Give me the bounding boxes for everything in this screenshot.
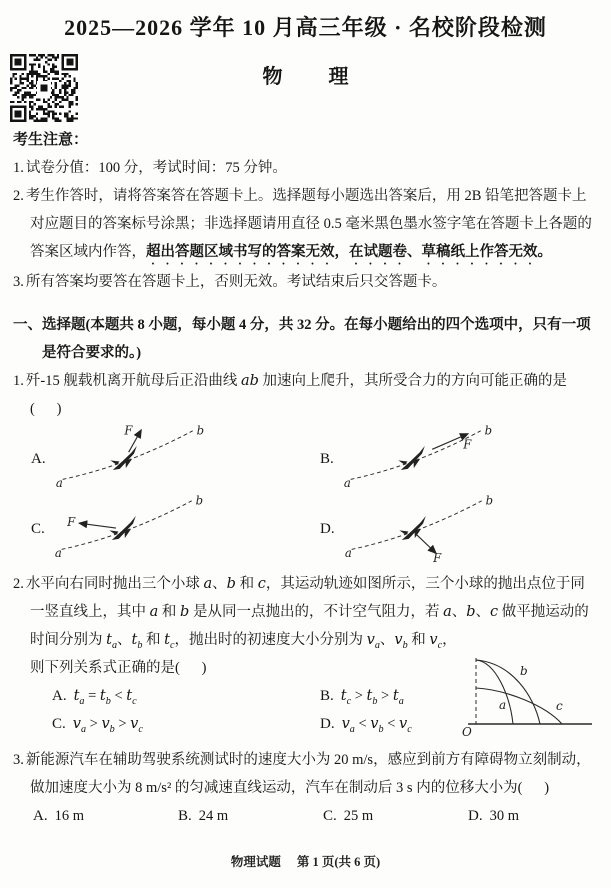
subject-title: 物理 [0, 64, 611, 90]
question-number: 2. [13, 576, 24, 592]
q1-option-c: C. a b F [31, 495, 320, 563]
q3-option-b: B.24 m [178, 802, 323, 830]
option-text: 25 m [344, 808, 373, 824]
fig-label-a: a [55, 546, 62, 560]
option-text: 30 m [490, 808, 519, 824]
plane-icon [396, 516, 432, 544]
page-footer: 物理试题第 1 页(共 6 页) [0, 848, 611, 876]
question-3: 3.新能源汽车在辅助驾驶系统测试时的速度大小为 20 m/s，感应到前方有障碍物… [13, 746, 598, 830]
option-label: C. [323, 808, 337, 824]
notice-item-emphasis: 超出答题区域书写的答案无效，在试题卷、草稿纸上作答无效。 [146, 244, 552, 260]
question-2: 2.水平向右同时抛出三个小球 a、b 和 c，其运动轨迹如图所示，三个小球的抛出… [13, 570, 598, 738]
fig-label-origin: O [462, 725, 472, 738]
fig-label-force: F [123, 425, 133, 438]
option-text: 24 m [199, 808, 228, 824]
trajectory-curve [351, 501, 481, 550]
fig-label-c: c [556, 699, 563, 713]
option-label: B. [178, 808, 192, 824]
option-expression: tc > tb > ta [341, 688, 404, 704]
notice-item-number: 2. [13, 188, 24, 204]
q1-figure-b: a b F [339, 425, 504, 493]
q2-option-a: A.ta = tb < tc [52, 682, 320, 710]
page-title: 2025—2026 学年 10 月高三年级 · 名校阶段检测 [10, 12, 601, 44]
q1-option-d: D. a b F [320, 495, 598, 563]
q2-figure: b a c O [456, 654, 596, 738]
q1-option-b: B. a b F [320, 425, 598, 493]
option-expression: ta = tb < tc [74, 688, 137, 704]
q1-option-a: A. a b F [31, 425, 320, 493]
question-text: 3.新能源汽车在辅助驾驶系统测试时的速度大小为 20 m/s，感应到前方有障碍物… [13, 746, 598, 802]
notice-item-number: 1. [13, 160, 24, 176]
fig-label-b: b [196, 425, 203, 438]
fig-label-force: F [66, 515, 76, 529]
option-label: A. [33, 808, 48, 824]
question-text: 1.歼-15 舰载机离开航母后正沿曲线 ab 加速向上爬升，其所受合力的方向可能… [13, 367, 598, 423]
fig-label-a: a [344, 546, 351, 560]
exam-page: 2025—2026 学年 10 月高三年级 · 名校阶段检测 物理 考生注意： … [0, 12, 611, 830]
fig-label-a: a [499, 698, 506, 712]
option-label: C. [52, 716, 66, 732]
notice-section: 考生注意： 1.试卷分值：100 分，考试时间：75 分钟。 2.考生作答时，请… [13, 126, 598, 296]
trajectory-b [476, 660, 540, 724]
option-label: B. [320, 445, 334, 473]
option-text: 16 m [55, 808, 84, 824]
q3-option-d: D.30 m [468, 802, 519, 830]
trajectory-curve [61, 501, 191, 550]
question-number: 1. [13, 373, 24, 389]
qr-code-icon [10, 54, 78, 122]
q3-option-c: C.25 m [323, 802, 468, 830]
option-expression: va < vb < vc [342, 716, 412, 732]
notice-item-1: 1.试卷分值：100 分，考试时间：75 分钟。 [13, 154, 598, 182]
plane-icon [396, 446, 432, 474]
fig-label-force: F [462, 437, 472, 451]
notice-heading: 考生注意： [13, 126, 598, 154]
option-label: A. [52, 688, 67, 704]
q3-options: A.16 m B.24 m C.25 m D.30 m [13, 802, 598, 830]
option-label: D. [320, 716, 335, 732]
fig-label-b: b [195, 495, 202, 508]
q3-option-a: A.16 m [33, 802, 178, 830]
fig-label-b: b [484, 425, 491, 438]
q1-figure-a: a b F [51, 425, 216, 493]
fig-label-b: b [485, 495, 492, 508]
fig-label-force: F [432, 551, 442, 563]
trajectory-curve [350, 431, 480, 480]
option-label: D. [320, 515, 335, 543]
section-1: 一、选择题(本题共 8 小题，每小题 4 分，共 32 分。在每小题给出的四个选… [13, 311, 598, 367]
q2-option-c: C.va > vb > vc [52, 710, 320, 738]
notice-item-number: 3. [13, 274, 24, 290]
trajectory-a [476, 660, 513, 724]
option-label: B. [320, 688, 334, 704]
question-number: 3. [13, 752, 24, 768]
plane-icon [107, 516, 143, 544]
footer-title: 物理试题 [231, 855, 281, 869]
q1-figure-d: a b F [340, 495, 505, 563]
trajectory-c [476, 688, 562, 724]
question-1: 1.歼-15 舰载机离开航母后正沿曲线 ab 加速向上爬升，其所受合力的方向可能… [13, 367, 598, 563]
force-arrow [79, 523, 116, 528]
fig-label-a: a [344, 476, 351, 490]
fig-label-b: b [520, 664, 528, 678]
question-text: 2.水平向右同时抛出三个小球 a、b 和 c，其运动轨迹如图所示，三个小球的抛出… [13, 570, 598, 654]
option-expression: va > vb > vc [73, 716, 143, 732]
fig-label-a: a [55, 476, 62, 490]
notice-item-3: 3.所有答案均要答在答题卡上，否则无效。考试结束后只交答题卡。 [13, 268, 598, 296]
notice-item-2: 2.考生作答时，请将答案答在答题卡上。选择题每小题选出答案后，用 2B 铅笔把答… [13, 182, 598, 268]
q1-option-diagrams: A. a b F B. a [13, 425, 598, 563]
q1-figure-c: a b F [50, 495, 215, 563]
plane-icon [107, 446, 143, 474]
notice-item-text: 试卷分值：100 分，考试时间：75 分钟。 [26, 160, 287, 176]
footer-page-number: 第 1 页(共 6 页) [297, 855, 380, 869]
section-heading: 一、选择题(本题共 8 小题，每小题 4 分，共 32 分。在每小题给出的四个选… [13, 311, 598, 367]
notice-item-text: 所有答案均要答在答题卡上，否则无效。考试结束后只交答题卡。 [26, 274, 447, 290]
option-label: D. [468, 808, 483, 824]
option-label: A. [31, 445, 46, 473]
trajectory-curve [62, 431, 192, 480]
option-label: C. [31, 515, 45, 543]
